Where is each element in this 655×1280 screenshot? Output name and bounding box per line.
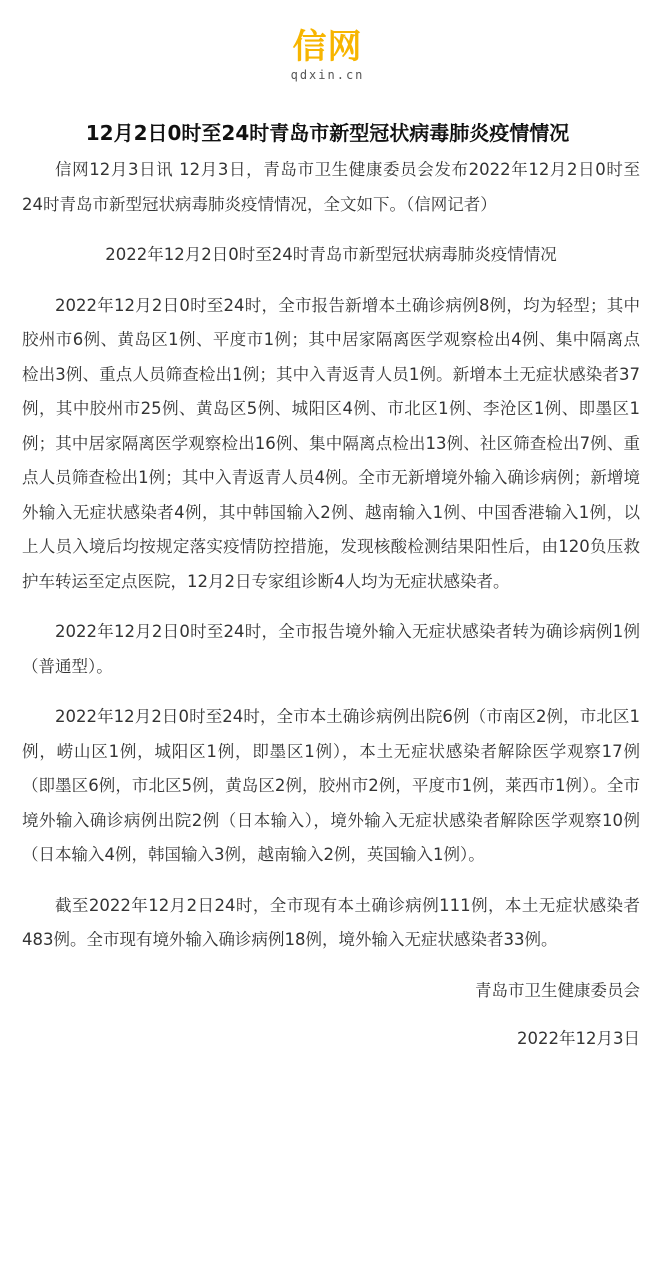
paragraph-converted-cases: 2022年12月2日0时至24时，全市报告境外输入无症状感染者转为确诊病例1例（… [22, 615, 640, 684]
article-body: 信网12月3日讯 12月3日，青岛市卫生健康委员会发布2022年12月2日0时至… [22, 153, 640, 1071]
logo-domain: qdxin.cn [0, 68, 655, 82]
logo-mark: 信网 [293, 28, 363, 66]
signature: 青岛市卫生健康委员会 [22, 974, 640, 1009]
paragraph-current-totals: 截至2022年12月2日24时，全市现有本土确诊病例111例，本土无症状感染者4… [22, 889, 640, 958]
paragraph-discharged: 2022年12月2日0时至24时，全市本土确诊病例出院6例（市南区2例，市北区1… [22, 700, 640, 873]
publish-date: 2022年12月3日 [22, 1022, 640, 1057]
paragraph-new-cases: 2022年12月2日0时至24时，全市报告新增本土确诊病例8例，均为轻型；其中胶… [22, 289, 640, 600]
paragraph-subtitle: 2022年12月2日0时至24时青岛市新型冠状病毒肺炎疫情情况 [22, 238, 640, 273]
article-title: 12月2日0时至24时青岛市新型冠状病毒肺炎疫情情况 [0, 119, 655, 147]
site-logo[interactable]: 信网 qdxin.cn [0, 28, 655, 82]
paragraph-lead: 信网12月3日讯 12月3日，青岛市卫生健康委员会发布2022年12月2日0时至… [22, 153, 640, 222]
